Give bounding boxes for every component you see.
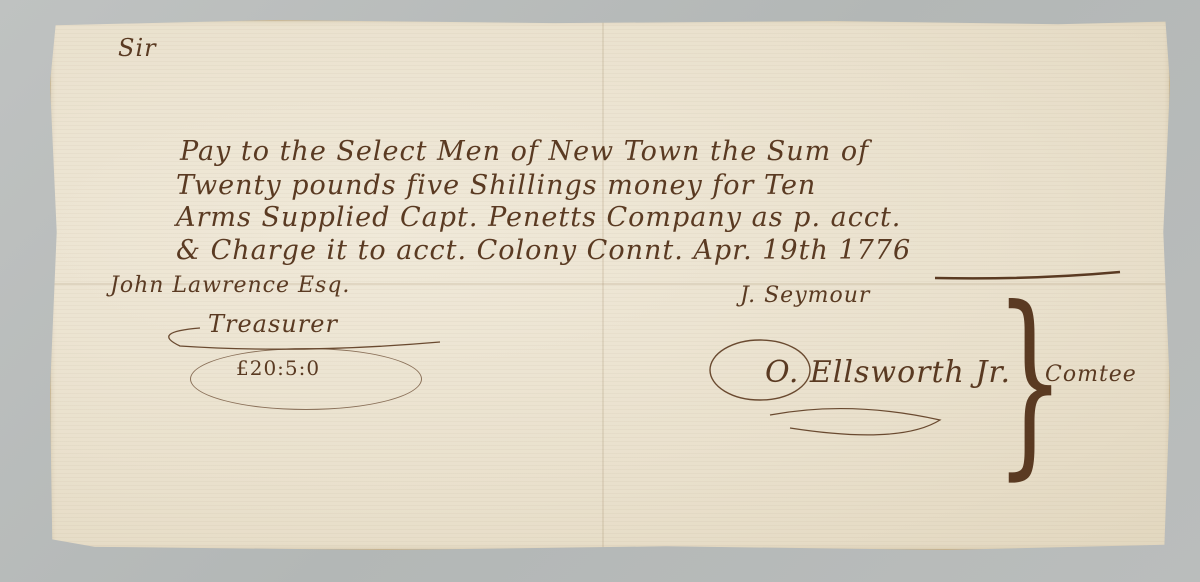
salutation: Sir — [118, 34, 157, 62]
body-line-4: & Charge it to acct. Colony Connt. Apr. … — [176, 235, 911, 266]
manuscript-paper: Sir Pay to the Select Men of New Town th… — [50, 20, 1170, 550]
body-line-1: Pay to the Select Men of New Town the Su… — [180, 136, 869, 167]
committee-label: Comtee — [1045, 362, 1137, 387]
signature-seymour: J. Seymour — [740, 283, 870, 308]
signature-ellsworth: O. Ellsworth Jr. — [765, 355, 1011, 390]
body-line-2: Twenty pounds five Shillings money for T… — [176, 170, 816, 201]
body-line-3: Arms Supplied Capt. Penetts Company as p… — [176, 202, 901, 233]
vertical-fold-line — [602, 20, 604, 550]
ellsworth-flourish — [700, 320, 980, 460]
amount: £20:5:0 — [236, 356, 320, 380]
addressee-name: John Lawrence Esq. — [110, 273, 350, 298]
